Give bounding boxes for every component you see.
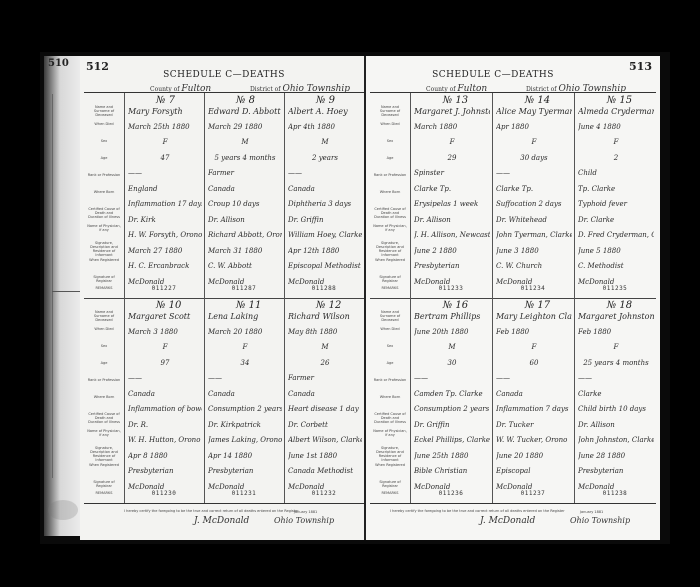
row-label: Name and Surname of Deceased bbox=[87, 310, 121, 322]
entry-rank: —— bbox=[578, 374, 654, 382]
entry-stamp-number: 011234 bbox=[492, 285, 574, 292]
entry-rank: —— bbox=[128, 374, 202, 382]
registrar-signature: J. McDonald bbox=[194, 516, 249, 526]
entry-rank: —— bbox=[288, 169, 362, 177]
entry-when-died: March 3 1880 bbox=[128, 328, 202, 336]
entry-when-died: March 1880 bbox=[414, 123, 490, 131]
entry-number: № 14 bbox=[525, 95, 550, 106]
entry-age: 29 bbox=[414, 154, 490, 162]
entry-informant: D. Fred Cryderman, Orono bbox=[578, 231, 654, 239]
entry-rank: —— bbox=[496, 169, 572, 177]
entry-sex: M bbox=[288, 138, 362, 146]
entry-rank: Farmer bbox=[208, 169, 282, 177]
entry-registered: Apr 8 1880 bbox=[128, 452, 202, 460]
row-label: Sex bbox=[87, 344, 121, 348]
death-entry: № 11Lena LakingMarch 20 1880F34——CanadaC… bbox=[204, 298, 285, 503]
certification-text: I hereby certify the foregoing to be the… bbox=[390, 509, 565, 513]
entry-registrar-note: H. C. Ercanbrack bbox=[128, 262, 202, 270]
row-label: When Registered bbox=[87, 258, 121, 262]
footer-district: Ohio Township bbox=[274, 516, 334, 525]
death-entry: № 9Albert A. HoeyApr 4th 1880M2 years——C… bbox=[284, 93, 364, 298]
entry-registered: Apr 12th 1880 bbox=[288, 247, 362, 255]
row-label: Name of Physician, if any bbox=[87, 429, 121, 437]
row-label: Certified Cause of Death and Duration of… bbox=[87, 412, 121, 424]
entry-informant: John Johnston, Clarke bbox=[578, 436, 654, 444]
entry-physician: Dr. Allison bbox=[578, 421, 654, 429]
entry-registrar-note: Episcopal bbox=[496, 467, 572, 475]
entry-age: 2 years bbox=[288, 154, 362, 162]
row-label: When Died bbox=[87, 122, 121, 126]
entry-number: № 8 bbox=[236, 95, 255, 106]
entry-age: 34 bbox=[208, 359, 282, 367]
row-label: Name of Physician, if any bbox=[373, 224, 407, 232]
entry-cause: Erysipelas 1 week bbox=[414, 200, 490, 208]
entry-when-died: Apr 1880 bbox=[496, 123, 572, 131]
row-label: Name of Physician, if any bbox=[87, 224, 121, 232]
entry-physician: Dr. Griffin bbox=[414, 421, 490, 429]
death-entry: № 7Mary ForsythMarch 25th 1880F47——Engla… bbox=[124, 93, 205, 298]
remarks-label: REMARKS bbox=[87, 491, 121, 495]
entry-age: 47 bbox=[128, 154, 202, 162]
remarks-label: REMARKS bbox=[373, 491, 407, 495]
row-label: Certified Cause of Death and Duration of… bbox=[87, 207, 121, 219]
row-label: Age bbox=[87, 156, 121, 160]
entry-number: № 9 bbox=[316, 95, 335, 106]
entry-physician: Dr. Allison bbox=[414, 216, 490, 224]
entry-registrar-note: Episcopal Methodist bbox=[288, 262, 362, 270]
death-entry: № 17Mary Leighton ClarkFeb 1880F60——Cana… bbox=[492, 298, 575, 503]
entry-when-died: Apr 4th 1880 bbox=[288, 123, 362, 131]
entry-age: 60 bbox=[496, 359, 572, 367]
entry-when-died: June 20th 1880 bbox=[414, 328, 490, 336]
row-labels-column: Name and Surname of DeceasedWhen DiedSex… bbox=[84, 298, 125, 503]
left-page: 512 SCHEDULE C—DEATHS County of Fulton D… bbox=[80, 56, 368, 540]
death-entry: № 18Margaret JohnstonFeb 1880F25 years 4… bbox=[574, 298, 656, 503]
row-label: When Died bbox=[373, 327, 407, 331]
entry-rank: Child bbox=[578, 169, 654, 177]
right-page: 513 SCHEDULE C—DEATHS County of Fulton D… bbox=[366, 56, 660, 540]
row-label: When Died bbox=[87, 327, 121, 331]
entry-name: Alice May Tyerman bbox=[496, 107, 572, 116]
entry-sex: M bbox=[414, 343, 490, 351]
death-entry: № 15Almeda CrydermanJune 4 1880F2ChildTp… bbox=[574, 93, 656, 298]
entry-age: 30 bbox=[414, 359, 490, 367]
row-label: When Registered bbox=[373, 463, 407, 467]
entry-where-born: Clarke bbox=[578, 390, 654, 398]
entry-physician: Dr. Corbett bbox=[288, 421, 362, 429]
entry-sex: F bbox=[128, 343, 202, 351]
entry-informant: Richard Abbott, Orono bbox=[208, 231, 282, 239]
entry-number: № 15 bbox=[607, 95, 632, 106]
entry-name: Edward D. Abbott bbox=[208, 107, 282, 116]
entry-registered: June 1st 1880 bbox=[288, 452, 362, 460]
entry-rank: Farmer bbox=[288, 374, 362, 382]
stub-page-number: 510 bbox=[48, 58, 69, 69]
entry-sex: F bbox=[496, 343, 572, 351]
entry-cause: Heart disease 1 day bbox=[288, 405, 362, 413]
entry-physician: Dr. Griffin bbox=[288, 216, 362, 224]
entry-registrar-note: C. W. Abbott bbox=[208, 262, 282, 270]
entry-name: Albert A. Hoey bbox=[288, 107, 362, 116]
entry-number: № 12 bbox=[316, 300, 341, 311]
row-label: Signature, Description and Residence of … bbox=[87, 241, 121, 257]
row-label: Age bbox=[373, 156, 407, 160]
entry-registrar-note: Canada Methodist bbox=[288, 467, 362, 475]
entry-physician: Dr. Kirk bbox=[128, 216, 202, 224]
entry-informant: John Tyerman, Clarke bbox=[496, 231, 572, 239]
entry-informant: H. W. Forsyth, Orono bbox=[128, 231, 202, 239]
entry-stamp-number: 011236 bbox=[410, 490, 492, 497]
entry-registered: March 31 1880 bbox=[208, 247, 282, 255]
entry-registrar-note: Presbyterian bbox=[414, 262, 490, 270]
entry-physician: Dr. Kirkpatrick bbox=[208, 421, 282, 429]
entry-registered: June 5 1880 bbox=[578, 247, 654, 255]
entry-physician: Dr. R. bbox=[128, 421, 202, 429]
entry-physician: Dr. Clarke bbox=[578, 216, 654, 224]
row-label: Age bbox=[373, 361, 407, 365]
entry-registered: June 20 1880 bbox=[496, 452, 572, 460]
entry-name: Margaret J. Johnston bbox=[414, 107, 490, 116]
remarks-label: REMARKS bbox=[373, 286, 407, 290]
entry-rank: —— bbox=[208, 374, 282, 382]
entry-registered: June 28 1880 bbox=[578, 452, 654, 460]
entry-registrar-note: C. W. Church bbox=[496, 262, 572, 270]
entry-when-died: Feb 1880 bbox=[578, 328, 654, 336]
row-label: Signature of Registrar bbox=[373, 480, 407, 488]
row-label: When Registered bbox=[373, 258, 407, 262]
entry-physician: Dr. Whitehead bbox=[496, 216, 572, 224]
entry-when-died: March 20 1880 bbox=[208, 328, 282, 336]
row-labels-column: Name and Surname of DeceasedWhen DiedSex… bbox=[370, 93, 411, 298]
death-entry: № 12Richard WilsonMay 8th 1880M26FarmerC… bbox=[284, 298, 364, 503]
entry-where-born: Canada bbox=[208, 390, 282, 398]
entry-sex: F bbox=[414, 138, 490, 146]
row-label: Where Born bbox=[373, 395, 407, 399]
row-label: Sex bbox=[87, 139, 121, 143]
entry-name: Richard Wilson bbox=[288, 312, 362, 321]
entry-registrar-note: Presbyterian bbox=[578, 467, 654, 475]
entry-rank: —— bbox=[414, 374, 490, 382]
entry-number: № 10 bbox=[156, 300, 181, 311]
footer-district: Ohio Township bbox=[570, 516, 630, 525]
row-label: Signature, Description and Residence of … bbox=[87, 446, 121, 462]
entry-cause: Child birth 10 days bbox=[578, 405, 654, 413]
entry-registered: June 2 1880 bbox=[414, 247, 490, 255]
entry-age: 5 years 4 months bbox=[208, 154, 282, 162]
row-label: When Registered bbox=[87, 463, 121, 467]
entry-sex: F bbox=[128, 138, 202, 146]
entry-where-born: Canada bbox=[288, 390, 362, 398]
entry-age: 2 bbox=[578, 154, 654, 162]
entry-where-born: Canada bbox=[288, 185, 362, 193]
entry-registrar-note: Presbyterian bbox=[208, 467, 282, 475]
stub-divider bbox=[52, 291, 82, 292]
entry-where-born: Canada bbox=[128, 390, 202, 398]
entry-cause: Diphtheria 3 days bbox=[288, 200, 362, 208]
row-label: Certified Cause of Death and Duration of… bbox=[373, 207, 407, 219]
entry-stamp-number: 011238 bbox=[574, 490, 656, 497]
entry-cause: Inflammation 17 days bbox=[128, 200, 202, 208]
entry-stamp-number: 011287 bbox=[204, 285, 284, 292]
row-label: Signature of Registrar bbox=[87, 275, 121, 283]
row-labels-column: Name and Surname of DeceasedWhen DiedSex… bbox=[84, 93, 125, 298]
entry-sex: F bbox=[578, 343, 654, 351]
row-label: Rank or Profession bbox=[373, 173, 407, 177]
entry-rank: —— bbox=[496, 374, 572, 382]
entry-informant: James Laking, Orono bbox=[208, 436, 282, 444]
registrar-signature: J. McDonald bbox=[480, 516, 535, 526]
row-label: Rank or Profession bbox=[87, 378, 121, 382]
entry-rank: Spinster bbox=[414, 169, 490, 177]
entry-number: № 18 bbox=[607, 300, 632, 311]
footer-date: January 1881 bbox=[294, 510, 317, 514]
entry-number: № 16 bbox=[443, 300, 468, 311]
certification-text: I hereby certify the foregoing to be the… bbox=[124, 509, 299, 513]
entry-physician: Dr. Tucker bbox=[496, 421, 572, 429]
scan-smudge bbox=[48, 500, 78, 520]
entry-number: № 13 bbox=[443, 95, 468, 106]
row-label: Where Born bbox=[87, 395, 121, 399]
entry-when-died: June 4 1880 bbox=[578, 123, 654, 131]
row-label: When Died bbox=[373, 122, 407, 126]
entry-where-born: Canada bbox=[208, 185, 282, 193]
row-label: Rank or Profession bbox=[373, 378, 407, 382]
entry-where-born: Camden Tp. Clarke bbox=[414, 390, 490, 398]
entry-stamp-number: 011235 bbox=[574, 285, 656, 292]
row-label: Name and Surname of Deceased bbox=[373, 310, 407, 322]
entry-rank: —— bbox=[128, 169, 202, 177]
entry-when-died: Feb 1880 bbox=[496, 328, 572, 336]
entry-registered: Apr 14 1880 bbox=[208, 452, 282, 460]
entry-cause: Consumption 2 years bbox=[208, 405, 282, 413]
entry-where-born: Clarke Tp. bbox=[496, 185, 572, 193]
right-footer: I hereby certify the foregoing to be the… bbox=[370, 506, 656, 538]
entry-informant: William Hoey, Clarke bbox=[288, 231, 362, 239]
row-label: Signature, Description and Residence of … bbox=[373, 446, 407, 462]
row-label: Certified Cause of Death and Duration of… bbox=[373, 412, 407, 424]
row-labels-column: Name and Surname of DeceasedWhen DiedSex… bbox=[370, 298, 411, 503]
row-label: Signature of Registrar bbox=[373, 275, 407, 283]
entry-age: 25 years 4 months bbox=[578, 359, 654, 367]
entry-where-born: Clarke Tp. bbox=[414, 185, 490, 193]
left-register-grid: Name and Surname of DeceasedWhen DiedSex… bbox=[84, 92, 364, 504]
entry-name: Mary Forsyth bbox=[128, 107, 202, 116]
death-entry: № 14Alice May TyermanApr 1880F30 days——C… bbox=[492, 93, 575, 298]
register-half-bottom: Name and Surname of DeceasedWhen DiedSex… bbox=[370, 298, 656, 503]
row-label: Where Born bbox=[87, 190, 121, 194]
entry-stamp-number: 011288 bbox=[284, 285, 364, 292]
entry-sex: M bbox=[208, 138, 282, 146]
row-label: Rank or Profession bbox=[87, 173, 121, 177]
entry-informant: Eckel Phillips, Clarke bbox=[414, 436, 490, 444]
row-label: Signature of Registrar bbox=[87, 480, 121, 488]
entry-where-born: Tp. Clarke bbox=[578, 185, 654, 193]
row-label: Where Born bbox=[373, 190, 407, 194]
entry-registrar-note: Presbyterian bbox=[128, 467, 202, 475]
entry-sex: M bbox=[288, 343, 362, 351]
left-footer: I hereby certify the foregoing to be the… bbox=[84, 506, 364, 538]
entry-number: № 7 bbox=[156, 95, 175, 106]
row-label: Name and Surname of Deceased bbox=[87, 105, 121, 117]
row-label: Age bbox=[87, 361, 121, 365]
entry-name: Bertram Phillips bbox=[414, 312, 490, 321]
entry-where-born: Canada bbox=[496, 390, 572, 398]
entry-age: 97 bbox=[128, 359, 202, 367]
entry-name: Margaret Scott bbox=[128, 312, 202, 321]
stub-page: 510 bbox=[44, 56, 84, 536]
entry-number: № 11 bbox=[236, 300, 261, 311]
footer-date: January 1881 bbox=[580, 510, 603, 514]
entry-informant: W. H. Hutton, Orono bbox=[128, 436, 202, 444]
register-half-top: Name and Surname of DeceasedWhen DiedSex… bbox=[84, 93, 364, 299]
entry-stamp-number: 011237 bbox=[492, 490, 574, 497]
entry-name: Mary Leighton Clark bbox=[496, 312, 572, 321]
entry-registered: June 25th 1880 bbox=[414, 452, 490, 460]
entry-age: 30 days bbox=[496, 154, 572, 162]
left-schedule-title: SCHEDULE C—DEATHS bbox=[80, 70, 368, 80]
entry-stamp-number: 011227 bbox=[124, 285, 204, 292]
row-label: Signature, Description and Residence of … bbox=[373, 241, 407, 257]
register-half-bottom: Name and Surname of DeceasedWhen DiedSex… bbox=[84, 298, 364, 503]
entry-sex: F bbox=[208, 343, 282, 351]
entry-cause: Croup 10 days bbox=[208, 200, 282, 208]
entry-cause: Inflammation of bowels bbox=[128, 405, 202, 413]
row-label: Sex bbox=[373, 344, 407, 348]
entry-stamp-number: 011230 bbox=[124, 490, 204, 497]
entry-cause: Typhoid fever bbox=[578, 200, 654, 208]
right-register-grid: Name and Surname of DeceasedWhen DiedSex… bbox=[370, 92, 656, 504]
entry-name: Margaret Johnston bbox=[578, 312, 654, 321]
entry-sex: F bbox=[578, 138, 654, 146]
entry-stamp-number: 011233 bbox=[410, 285, 492, 292]
entry-number: № 17 bbox=[525, 300, 550, 311]
entry-informant: Albert Wilson, Clarke bbox=[288, 436, 362, 444]
entry-informant: W. W. Tucker, Orono bbox=[496, 436, 572, 444]
entry-name: Lena Laking bbox=[208, 312, 282, 321]
entry-stamp-number: 011231 bbox=[204, 490, 284, 497]
entry-registered: June 3 1880 bbox=[496, 247, 572, 255]
death-entry: № 10Margaret ScottMarch 3 1880F97——Canad… bbox=[124, 298, 205, 503]
entry-cause: Suffocation 2 days bbox=[496, 200, 572, 208]
death-entry: № 16Bertram PhillipsJune 20th 1880M30——C… bbox=[410, 298, 493, 503]
entry-sex: F bbox=[496, 138, 572, 146]
stub-grid bbox=[52, 94, 82, 478]
entry-cause: Inflammation 7 days bbox=[496, 405, 572, 413]
entry-when-died: May 8th 1880 bbox=[288, 328, 362, 336]
death-entry: № 13Margaret J. JohnstonMarch 1880F29Spi… bbox=[410, 93, 493, 298]
entry-registrar-note: Bible Christian bbox=[414, 467, 490, 475]
register-half-top: Name and Surname of DeceasedWhen DiedSex… bbox=[370, 93, 656, 299]
entry-informant: J. H. Allison, Newcastle bbox=[414, 231, 490, 239]
entry-where-born: England bbox=[128, 185, 202, 193]
row-label: Sex bbox=[373, 139, 407, 143]
row-label: Name of Physician, if any bbox=[373, 429, 407, 437]
entry-registered: March 27 1880 bbox=[128, 247, 202, 255]
entry-stamp-number: 011232 bbox=[284, 490, 364, 497]
entry-when-died: March 29 1880 bbox=[208, 123, 282, 131]
right-schedule-title: SCHEDULE C—DEATHS bbox=[346, 70, 640, 80]
row-label: Name and Surname of Deceased bbox=[373, 105, 407, 117]
entry-physician: Dr. Allison bbox=[208, 216, 282, 224]
remarks-label: REMARKS bbox=[87, 286, 121, 290]
entry-age: 26 bbox=[288, 359, 362, 367]
death-entry: № 8Edward D. AbbottMarch 29 1880M5 years… bbox=[204, 93, 285, 298]
entry-registrar-note: C. Methodist bbox=[578, 262, 654, 270]
entry-when-died: March 25th 1880 bbox=[128, 123, 202, 131]
entry-name: Almeda Cryderman bbox=[578, 107, 654, 116]
entry-cause: Consumption 2 years bbox=[414, 405, 490, 413]
